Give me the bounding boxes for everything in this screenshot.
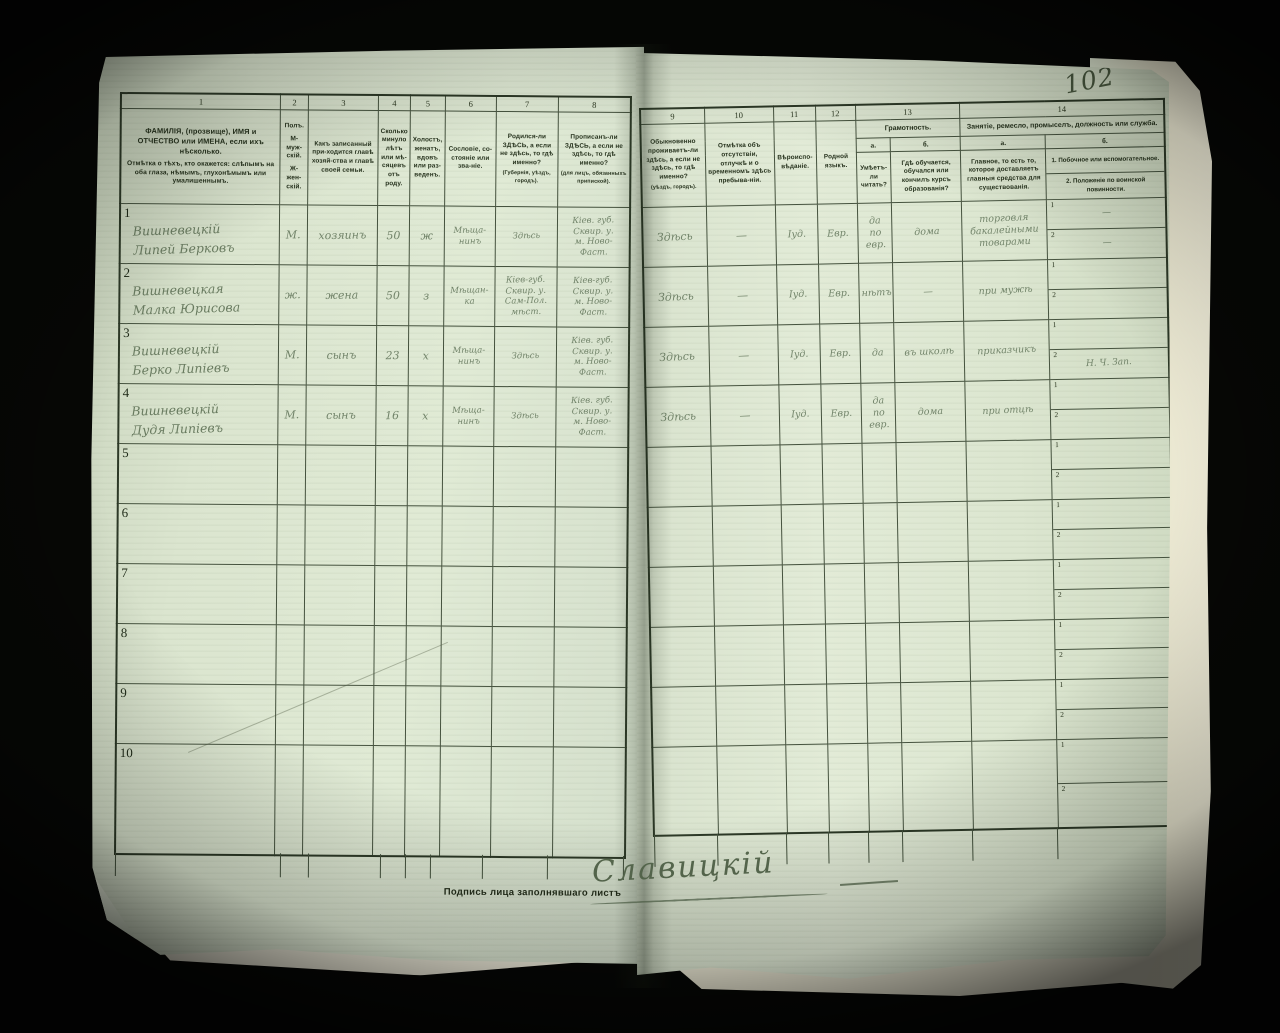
- empty-cell: [405, 686, 440, 746]
- col-number-7: 7: [496, 96, 558, 112]
- sub-cell-side-2: 2: [1057, 708, 1175, 739]
- empty-cell: [407, 446, 442, 506]
- cell-occupation-side: 12: [1051, 437, 1171, 499]
- empty-cell: [867, 743, 904, 832]
- empty-cell: [863, 503, 899, 564]
- cell-resides: Здѣсь: [644, 326, 709, 387]
- empty-cell: [554, 567, 627, 628]
- empty-cell: [827, 743, 869, 832]
- empty-cell: [779, 444, 822, 505]
- sub-cell-side-2: 2: [1056, 648, 1174, 679]
- handwritten-resides: Здѣсь: [646, 289, 705, 305]
- empty-cell: [277, 505, 305, 565]
- sub-cell-label: 1: [1061, 740, 1065, 749]
- empty-cell: [374, 626, 407, 686]
- cell-absence: —: [707, 265, 777, 326]
- empty-cell: [714, 625, 784, 686]
- cell-name: 8: [116, 623, 276, 684]
- empty-cell: [784, 684, 827, 745]
- sub-cell-side-2: 2Н. Ч. Зап.: [1050, 348, 1168, 379]
- col-number-9: 9: [640, 108, 704, 125]
- handwritten-estate: Мѣщан- ка: [446, 285, 492, 307]
- cell-age: 16: [376, 386, 409, 446]
- sub-cell-label: 2: [1052, 290, 1056, 299]
- empty-cell: [375, 506, 408, 566]
- empty-cell: [440, 686, 492, 746]
- empty-cell: [375, 446, 408, 506]
- row-number: 7: [121, 565, 128, 581]
- empty-cell: [555, 447, 628, 508]
- handwritten-side-occupation: —: [1102, 208, 1112, 220]
- empty-cell: [439, 746, 491, 856]
- cell-language: Евр.: [818, 263, 859, 324]
- cell-birthplace: Кіев-губ. Сквир. у. Сам-Пол. мѣст.: [495, 266, 557, 326]
- cell-name: 7: [117, 563, 277, 624]
- empty-cell: [972, 740, 1059, 830]
- column-line-stubs: [114, 852, 626, 880]
- empty-cell: [898, 501, 969, 562]
- col-number-11: 11: [773, 106, 815, 122]
- empty-cell: [899, 561, 970, 622]
- left-page-content: 1 2 3 4 5 6 7 8 ФАМИЛІЯ, (прозвище), ИМЯ…: [114, 92, 632, 858]
- handwritten-language: Евр.: [822, 347, 858, 360]
- empty-cell: [648, 506, 713, 567]
- handwritten-military-status: —: [1102, 238, 1112, 250]
- cell-occupation-main: при отцѣ: [965, 380, 1051, 442]
- handwritten-estate: Мѣща- нинъ: [446, 345, 492, 367]
- handwritten-birthplace: Здѣсь: [496, 411, 553, 423]
- handwritten-age: 23: [379, 349, 406, 363]
- cell-occupation-main: приказчикъ: [964, 320, 1050, 382]
- empty-cell: [781, 504, 824, 565]
- cell-name: 4Вишневецкій Дудя Липіевъ: [118, 383, 278, 444]
- census-table-left: 1 2 3 4 5 6 7 8 ФАМИЛІЯ, (прозвище), ИМЯ…: [114, 92, 632, 858]
- handwritten-absence: —: [711, 347, 776, 364]
- sub-cell-label: 1: [1054, 380, 1058, 389]
- col-number-2: 2: [281, 94, 309, 110]
- empty-cell: [405, 746, 441, 856]
- empty-cell: [492, 626, 554, 686]
- empty-cell: [407, 506, 442, 566]
- cell-marital: х: [408, 326, 443, 386]
- col-header-names: ФАМИЛІЯ, (прозвище), ИМЯ и ОТЧЕСТВО или …: [120, 109, 281, 205]
- empty-cell: [492, 566, 554, 626]
- sub-cell-label: 1: [1060, 680, 1064, 689]
- header-occupation-side-2: 2. Положеніе по воинской повинности.: [1047, 172, 1165, 199]
- empty-cell: [861, 443, 897, 504]
- cell-absence: —: [706, 205, 776, 266]
- cell-marital: з: [409, 266, 444, 326]
- empty-cell: [442, 446, 494, 506]
- handwritten-sex: ж.: [282, 288, 305, 302]
- handwritten-registration: Кіев-губ. Сквир. у. м. Ново- Фаст.: [559, 275, 627, 319]
- sub-cell-side-1: 1: [1054, 558, 1172, 590]
- header-occupation-side-1: 1. Побочное или вспомогательное.: [1046, 147, 1164, 174]
- sub-cell-label: 1: [1057, 560, 1061, 569]
- handwritten-name: Вишневецкій Берко Липіевъ: [121, 328, 277, 380]
- handwritten-marital: ж: [412, 229, 442, 243]
- empty-cell: [304, 565, 374, 626]
- empty-cell: [969, 560, 1055, 622]
- handwritten-birthplace: Кіев-губ. Сквир. у. Сам-Пол. мѣст.: [497, 275, 555, 319]
- empty-cell: [651, 686, 716, 747]
- empty-cell: [555, 507, 628, 568]
- col-number-1: 1: [121, 93, 281, 110]
- group-header-literacy: Грамотность.: [855, 118, 960, 138]
- handwritten-marital: х: [411, 349, 441, 363]
- empty-cell: [968, 500, 1054, 562]
- header-birthplace-main: Родился-ли ЗДѢСЬ, а если не здѣсь, то гд…: [498, 133, 555, 168]
- cell-occupation-side: 12: [1053, 497, 1173, 559]
- handwritten-relation: хозяинъ: [310, 228, 375, 243]
- sub-cell-side-2: 2: [1049, 288, 1167, 319]
- handwritten-marital: з: [411, 289, 441, 303]
- col-header-estate: Сословіе, со-стояніе или зва-ніе.: [444, 111, 496, 206]
- handwritten-religion: Іуд.: [781, 408, 819, 422]
- empty-cell: [712, 505, 782, 566]
- col-header-sex: Полъ. М-муж-скій. Ж-жен-скій.: [280, 110, 308, 205]
- col-header-marital: Холостъ, женатъ, вдовъ или раз-веденъ.: [410, 111, 445, 206]
- handwritten-registration: Кіев. губ. Сквир. у. м. Ново- Фаст.: [558, 335, 626, 379]
- handwritten-education: —: [896, 285, 961, 300]
- cell-occupation-side: 12: [1050, 377, 1170, 439]
- handwritten-occupation: при мужѣ: [966, 283, 1046, 298]
- sub-cell-label: 2: [1056, 470, 1060, 479]
- cell-name: 9: [116, 683, 276, 744]
- empty-cell: [373, 686, 406, 746]
- cell-resides: Здѣсь: [645, 386, 710, 447]
- sub-cell-side-2: 2: [1053, 468, 1171, 499]
- sub-cell-side-1: 1: [1048, 258, 1166, 290]
- cell-absence: —: [709, 385, 779, 446]
- empty-cell: [372, 746, 405, 856]
- empty-cell: [441, 566, 493, 626]
- census-table-right: 9 10 11 12 13 14 Обыкновенно проживаетъ-…: [639, 98, 1179, 837]
- empty-cell: [971, 680, 1057, 742]
- handwritten-religion: Іуд.: [778, 228, 816, 242]
- sub-cell-side-1: 1: [1055, 618, 1173, 650]
- sub-cell-label: 1: [1055, 440, 1059, 449]
- handwritten-absence: —: [712, 407, 777, 424]
- handwritten-reads: да: [862, 346, 892, 359]
- handwritten-occupation: при отцѣ: [968, 403, 1048, 418]
- empty-cell: [493, 506, 555, 566]
- cell-language: Евр.: [817, 203, 858, 264]
- handwritten-language: Евр.: [823, 407, 859, 420]
- cell-sex: М.: [278, 385, 306, 445]
- cell-language: Евр.: [819, 323, 860, 384]
- cell-sex: М.: [279, 325, 307, 385]
- cell-age: 50: [377, 266, 410, 326]
- sub-cell-label: 2: [1051, 230, 1055, 239]
- cell-religion: Іуд.: [778, 384, 821, 445]
- empty-cell: [303, 685, 373, 746]
- empty-cell: [276, 625, 304, 685]
- empty-cell: [865, 623, 901, 684]
- empty-cell: [866, 683, 902, 744]
- cell-education: дома: [892, 201, 963, 262]
- cell-education: въ школѣ: [894, 321, 965, 382]
- handwritten-reads: нѣтъ: [861, 286, 891, 299]
- cell-birthplace: Здѣсь: [494, 326, 556, 386]
- handwritten-estate: Мѣща- нинъ: [446, 225, 492, 247]
- empty-cell: [715, 685, 785, 746]
- handwritten-age: 50: [380, 229, 407, 243]
- row-number: 6: [122, 505, 129, 521]
- sub-cell-side-2: 2: [1051, 408, 1169, 439]
- handwritten-relation: сынъ: [309, 348, 374, 363]
- sub-cell-label: 1: [1050, 200, 1054, 209]
- empty-cell: [713, 565, 783, 626]
- left-page: 1 2 3 4 5 6 7 8 ФАМИЛІЯ, (прозвище), ИМЯ…: [88, 46, 644, 964]
- sub-cell-label: 2: [1054, 410, 1058, 419]
- empty-cell: [824, 563, 865, 624]
- handwritten-occupation: торговля бакалейными товарами: [964, 211, 1046, 250]
- census-book-photo: 1 2 3 4 5 6 7 8 ФАМИЛІЯ, (прозвище), ИМЯ…: [0, 0, 1280, 1033]
- sub-cell-label: 2: [1059, 650, 1063, 659]
- empty-cell: [441, 626, 493, 686]
- handwritten-education: въ школѣ: [897, 345, 962, 360]
- handwritten-reads: да по евр.: [863, 394, 895, 431]
- cell-religion: Іуд.: [776, 264, 819, 325]
- sub-cell-side-1: 1: [1051, 378, 1169, 410]
- cell-religion: Іуд.: [777, 324, 820, 385]
- col-header-relation: Какъ записанный при-ходится главѣ хозяй-…: [308, 110, 379, 206]
- sub-cell-label: 1: [1053, 320, 1057, 329]
- handwritten-age: 50: [379, 289, 406, 303]
- empty-cell: [276, 685, 304, 745]
- cell-occupation-side: 12: [1054, 557, 1174, 619]
- header-birthplace-note: (Губернія, уѣздъ, городъ).: [498, 170, 555, 185]
- cell-estate: Мѣща- нинъ: [442, 386, 494, 446]
- cell-relation: жена: [307, 265, 377, 326]
- header-residence-note: (уѣздъ, городъ).: [644, 184, 703, 192]
- cell-estate: Мѣща- нинъ: [444, 206, 496, 266]
- handwritten-absence: —: [709, 227, 774, 244]
- subcol-label-13a: а.: [856, 138, 891, 153]
- empty-cell: [785, 744, 829, 833]
- sub-cell-label: 2: [1060, 710, 1064, 719]
- cell-relation: хозяинъ: [307, 205, 377, 266]
- handwritten-language: Евр.: [821, 287, 857, 300]
- cell-marital: ж: [409, 206, 444, 266]
- cell-reads: да по евр.: [857, 203, 893, 264]
- empty-cell: [896, 441, 967, 502]
- empty-cell: [823, 503, 864, 564]
- handwritten-religion: Іуд.: [780, 348, 818, 362]
- cell-marital: х: [408, 386, 443, 446]
- col-header-residence: Обыкновенно проживаетъ-ли здѣсь, а если …: [640, 123, 706, 207]
- sub-cell-side-2: 2: [1059, 782, 1177, 827]
- empty-cell: [493, 446, 555, 506]
- empty-cell: [900, 621, 971, 682]
- handwritten-absence: —: [710, 287, 775, 304]
- cell-registration: Кіев. губ. Сквир. у. м. Ново- Фаст.: [555, 387, 628, 448]
- empty-cell: [783, 624, 826, 685]
- cell-occupation-side: 12Н. Ч. Зап.: [1049, 317, 1169, 379]
- header-names-note: Отмѣтка о тѣхъ, кто окажется: слѣпымъ на…: [123, 160, 278, 188]
- handwritten-registration: Кіев. губ. Сквир. у. м. Ново- Фаст.: [559, 215, 627, 259]
- empty-cell: [966, 440, 1052, 502]
- empty-cell: [970, 620, 1056, 682]
- empty-cell: [442, 506, 494, 566]
- cell-language: Евр.: [820, 383, 861, 444]
- sub-cell-label: 2: [1062, 784, 1066, 793]
- col-header-occupation-main: Главное, то есть то, которое доставляетъ…: [961, 149, 1047, 202]
- cell-registration: Кіев. губ. Сквир. у. м. Ново- Фаст.: [556, 327, 629, 388]
- right-page-content: 9 10 11 12 13 14 Обыкновенно проживаетъ-…: [639, 98, 1180, 837]
- sub-cell-side-2: 2: [1055, 588, 1173, 619]
- handwritten-resides: Здѣсь: [648, 349, 707, 365]
- cell-name: 2Вишневецкая Малка Юрисова: [119, 264, 279, 325]
- row-number: 8: [121, 625, 128, 641]
- handwritten-name: Вишневецкій Липей Берковъ: [122, 208, 278, 260]
- cell-birthplace: Здѣсь: [495, 206, 557, 266]
- cell-occupation-side: 12: [1055, 617, 1175, 679]
- header-sex-title: Полъ.: [283, 122, 306, 131]
- row-number: 5: [122, 445, 129, 461]
- header-registration-main: Прописанъ-ли ЗДѢСЬ, а если не здѣсь, то …: [560, 133, 628, 168]
- empty-cell: [782, 564, 825, 625]
- cell-name: 1Вишневецкій Липей Берковъ: [120, 204, 280, 265]
- handwritten-language: Евр.: [820, 227, 856, 240]
- col-header-registration: Прописанъ-ли ЗДѢСЬ, а если не здѣсь, то …: [557, 112, 631, 208]
- cell-resides: Здѣсь: [643, 266, 708, 327]
- cell-occupation-side: 1—2—: [1047, 197, 1167, 259]
- cell-name: 6: [117, 503, 277, 564]
- empty-cell: [652, 746, 718, 836]
- subcol-label-13b: б.: [891, 136, 961, 151]
- cell-religion: Іуд.: [775, 204, 818, 265]
- cell-age: 50: [377, 206, 410, 266]
- cell-education: дома: [895, 381, 966, 442]
- empty-cell: [374, 566, 407, 626]
- handwritten-occupation: приказчикъ: [967, 343, 1047, 358]
- col-header-language: Родной языкъ.: [815, 120, 857, 204]
- sub-cell-side-1: 1: [1052, 438, 1170, 470]
- empty-cell: [302, 745, 373, 856]
- cell-reads: да: [859, 323, 895, 384]
- empty-cell: [649, 566, 714, 627]
- cell-name: 10: [115, 743, 276, 854]
- sub-cell-side-2: 2—: [1048, 228, 1166, 259]
- cell-registration: Кіев-губ. Сквир. у. м. Ново- Фаст.: [556, 267, 629, 328]
- cell-occupation-main: торговля бакалейными товарами: [962, 200, 1048, 262]
- handwritten-relation: сынъ: [308, 408, 373, 423]
- handwritten-sex: М.: [282, 228, 305, 242]
- handwritten-registration: Кіев. губ. Сквир. у. м. Ново- Фаст.: [558, 395, 626, 439]
- handwritten-sex: М.: [281, 348, 304, 362]
- header-residence-main: Обыкновенно проживаетъ-ли здѣсь, а если …: [644, 138, 703, 182]
- header-registration-note: (для лицъ, обязанныхъ припиской).: [560, 171, 627, 186]
- empty-cell: [491, 686, 553, 746]
- handwritten-military-status: Н. Ч. Зап.: [1086, 357, 1132, 370]
- empty-cell: [406, 566, 441, 626]
- sub-cell-side-1: 1: [1053, 498, 1171, 530]
- cell-relation: сынъ: [306, 325, 376, 386]
- col-header-birthplace: Родился-ли ЗДѢСЬ, а если не здѣсь, то гд…: [495, 111, 558, 206]
- row-number: 9: [120, 685, 127, 701]
- handwritten-relation: жена: [309, 288, 374, 303]
- sub-cell-side-1: 1: [1050, 318, 1168, 350]
- cell-name: 3Вишневецкій Берко Липіевъ: [119, 324, 279, 385]
- empty-cell: [553, 687, 626, 748]
- row-number: 10: [120, 745, 133, 761]
- cell-registration: Кіев. губ. Сквир. у. м. Ново- Фаст.: [557, 207, 630, 268]
- empty-cell: [277, 565, 305, 625]
- cell-relation: сынъ: [306, 385, 376, 446]
- empty-cell: [716, 745, 787, 835]
- col-number-5: 5: [410, 95, 445, 111]
- header-sex-f: Ж-жен-скій.: [283, 166, 306, 193]
- header-names-main: ФАМИЛІЯ, (прозвище), ИМЯ и ОТЧЕСТВО или …: [124, 126, 279, 157]
- empty-cell: [647, 446, 712, 507]
- cell-estate: Мѣща- нинъ: [443, 326, 495, 386]
- sub-cell-side-1: 1—: [1047, 198, 1165, 230]
- header-sex-m: М-муж-скій.: [283, 135, 306, 162]
- cell-birthplace: Здѣсь: [494, 386, 556, 446]
- sub-cell-side-1: 1: [1057, 678, 1175, 710]
- empty-cell: [826, 683, 867, 744]
- col-number-10: 10: [704, 106, 773, 123]
- cell-resides: Здѣсь: [642, 206, 707, 267]
- cell-age: 23: [376, 326, 409, 386]
- col-header-absence: Отмѣтка объ отсутствіи, отлучкѣ и о врем…: [704, 122, 775, 206]
- col-number-6: 6: [445, 96, 496, 112]
- cell-reads: нѣтъ: [858, 263, 894, 324]
- cell-occupation-side: 12: [1056, 677, 1176, 739]
- cell-occupation-side: 12: [1057, 737, 1178, 828]
- sub-cell-label: 1: [1058, 620, 1062, 629]
- handwritten-resides: Здѣсь: [649, 409, 708, 425]
- col-number-8: 8: [558, 96, 631, 112]
- handwritten-resides: Здѣсь: [645, 229, 704, 245]
- empty-cell: [305, 505, 375, 566]
- sub-cell-label: 1: [1051, 260, 1055, 269]
- cell-absence: —: [708, 325, 778, 386]
- empty-cell: [490, 746, 553, 856]
- col-number-12: 12: [815, 105, 855, 121]
- empty-cell: [821, 443, 862, 504]
- handwritten-marital: х: [410, 409, 440, 423]
- empty-cell: [650, 626, 715, 687]
- empty-cell: [711, 445, 781, 506]
- empty-cell: [901, 681, 972, 742]
- cell-name: 5: [118, 443, 278, 504]
- col-header-religion: Вѣроиспо-вѣданіе.: [773, 121, 817, 205]
- cell-estate: Мѣщан- ка: [443, 266, 495, 326]
- handwritten-age: 16: [378, 409, 405, 423]
- cell-education: —: [893, 261, 964, 322]
- sub-cell-side-1: 1: [1058, 738, 1176, 784]
- handwritten-name: Вишневецкій Дудя Липіевъ: [121, 388, 277, 440]
- handwritten-birthplace: Здѣсь: [497, 351, 554, 363]
- cell-sex: ж.: [279, 265, 307, 325]
- empty-cell: [554, 627, 627, 688]
- handwritten-name: Вишневецкая Малка Юрисова: [122, 268, 278, 320]
- col-number-3: 3: [308, 94, 378, 110]
- handwritten-education: дома: [898, 405, 963, 420]
- handwritten-religion: Іуд.: [779, 288, 817, 302]
- sub-cell-side-2: 2: [1054, 528, 1172, 559]
- cell-occupation-side: 12: [1048, 257, 1168, 319]
- empty-cell: [825, 623, 866, 684]
- cell-sex: М.: [279, 205, 307, 265]
- handwritten-birthplace: Здѣсь: [498, 231, 555, 243]
- empty-cell: [278, 445, 306, 505]
- cell-occupation-main: при мужѣ: [963, 260, 1049, 322]
- empty-cell: [902, 741, 974, 831]
